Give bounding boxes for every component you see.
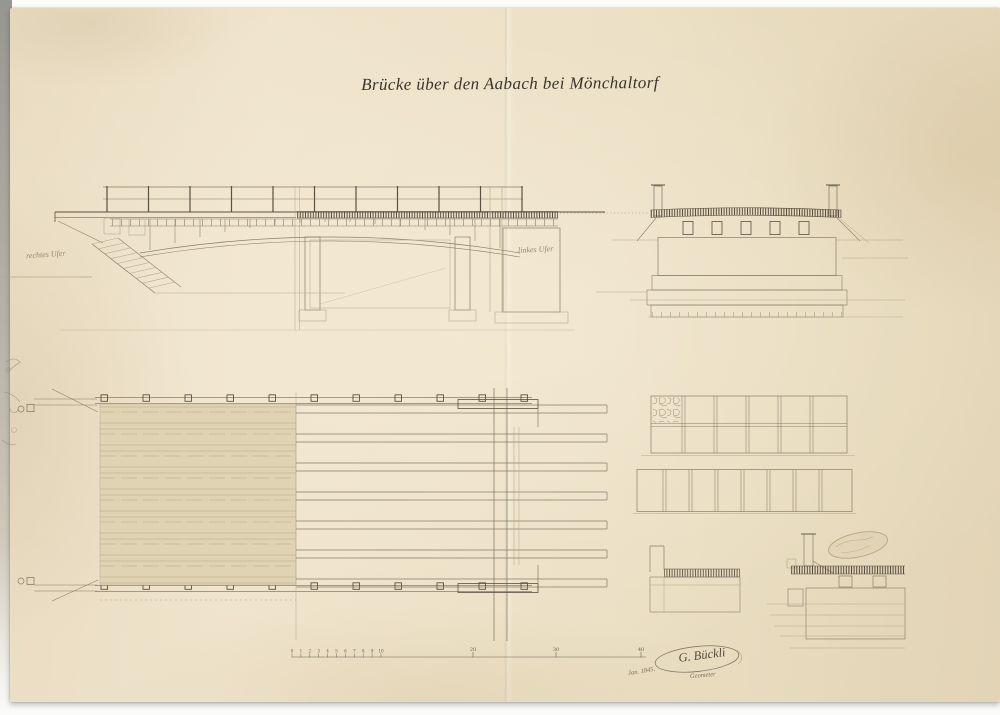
plan-view	[18, 388, 607, 641]
scale-tick-label: 30	[553, 647, 559, 653]
beam	[873, 576, 886, 587]
deck-hatch	[651, 208, 841, 218]
beam	[839, 576, 852, 587]
beam	[799, 222, 809, 235]
scale-tick-label: 7	[353, 648, 356, 653]
scale-tick-label: 2	[308, 648, 311, 653]
railing-post	[804, 534, 813, 566]
abutment	[503, 228, 560, 312]
pier	[305, 237, 320, 310]
arch-upper	[140, 237, 520, 253]
deck-hatch	[791, 566, 905, 574]
pencil-smudges	[2, 359, 20, 445]
scale-tick-label: 8	[362, 648, 365, 653]
longitudinal-beams	[296, 405, 607, 587]
embankment-hatch	[92, 238, 175, 288]
stone-fill-cell	[653, 398, 681, 423]
deck-section-hatch	[297, 212, 558, 219]
scale-tick-label: 4	[326, 648, 329, 653]
drawing-canvas: 0 1 2 3 4 5 6 7 8 9 10 20 30 40	[0, 0, 1000, 715]
wall	[806, 588, 905, 639]
abutment-edge-detail	[650, 546, 740, 612]
grillage-plan-upper	[641, 396, 855, 456]
cross-section-view	[596, 185, 908, 317]
scanned-bridge-plan: { "document": { "title": "Brücke über de…	[0, 0, 1000, 715]
deck-planking	[100, 404, 296, 585]
grillage-plan-lower	[633, 470, 856, 514]
scale-tick-label: 40	[638, 647, 644, 653]
scale-tick-label: 0	[291, 648, 294, 653]
beam	[683, 222, 693, 235]
beam	[770, 222, 780, 235]
archive-stamp-icon	[826, 527, 890, 563]
drawing-title: Brücke über den Aabach bei Mönchaltorf	[300, 73, 720, 96]
abutment-wall	[658, 238, 836, 276]
elevation-view	[0, 186, 648, 330]
scale-tick-label: 20	[470, 647, 476, 653]
scale-tick-label: 3	[317, 648, 320, 653]
scale-tick-label: 6	[344, 648, 347, 653]
arch-lower	[140, 241, 520, 257]
crossbeam-ticks	[110, 219, 558, 226]
bank-label-left-shore: linkes Ufer	[518, 244, 554, 255]
scale-tick-label: 9	[371, 648, 374, 653]
scale-tick-label: 1	[300, 648, 303, 653]
major-ticks	[473, 652, 641, 658]
scale-bar: 0 1 2 3 4 5 6 7 8 9 10 20 30 40	[291, 647, 646, 658]
beam	[712, 222, 722, 235]
beam	[741, 222, 751, 235]
scale-tick-label: 10	[378, 648, 384, 653]
scale-tick-label: 5	[335, 648, 338, 653]
abutment-band	[494, 388, 507, 641]
